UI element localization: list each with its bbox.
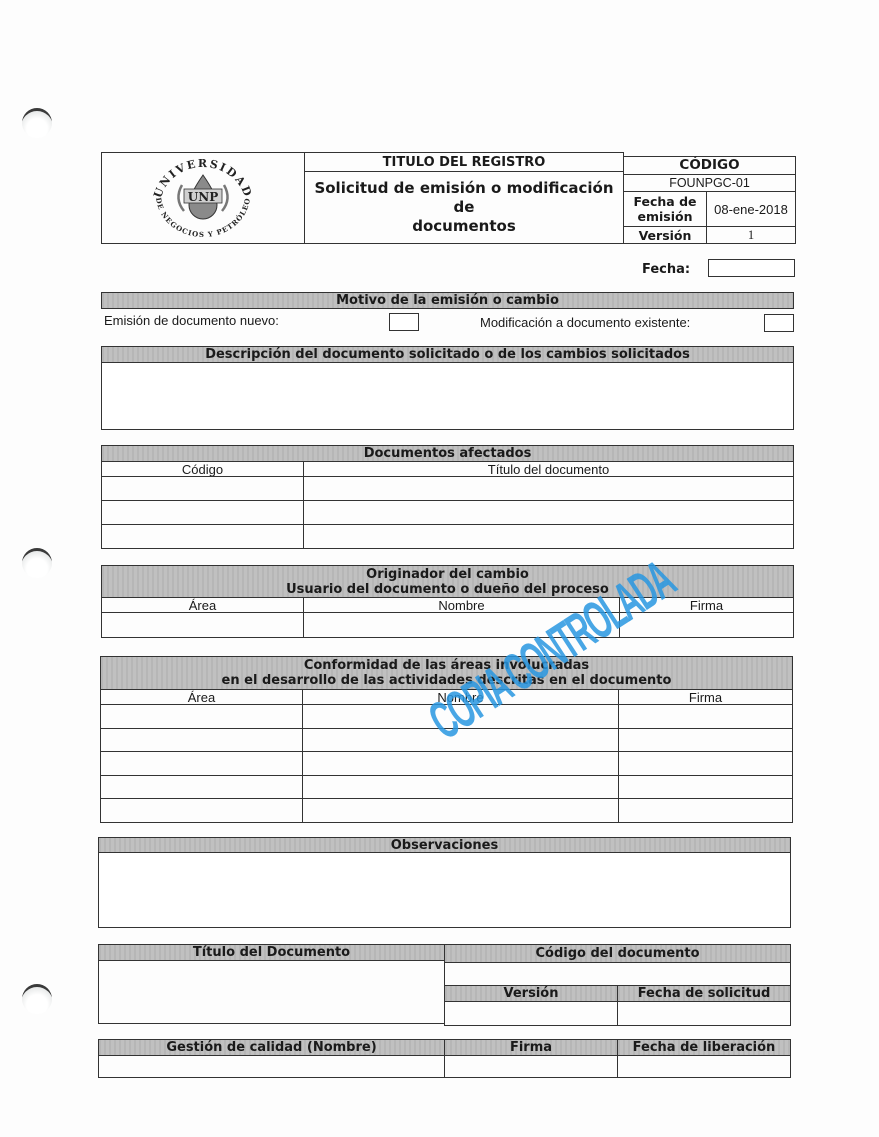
table-row[interactable] <box>100 704 303 729</box>
conformidad-table: Conformidad de las áreas involucradas en… <box>100 656 793 822</box>
fecha-emision-label-2: emisión <box>638 209 693 224</box>
descripcion-header: Descripción del documento solicitado o d… <box>101 346 794 363</box>
fecha-emision-label-1: Fecha de <box>633 194 696 209</box>
logo-cell: UNIVERSIDAD DE NEGOCIOS Y PETRÓLEO UNP <box>101 152 305 244</box>
fecha-input-field[interactable] <box>709 262 798 280</box>
originador-header: Originador del cambio Usuario del docume… <box>101 565 794 598</box>
documentos-afectados-table: Documentos afectados Código Título del d… <box>101 445 794 551</box>
fecha-liberacion-input[interactable] <box>617 1055 791 1078</box>
nuevo-label: Emisión de documento nuevo: <box>104 313 279 328</box>
table-row[interactable] <box>303 500 794 525</box>
originador-title-2: Usuario del documento o dueño del proces… <box>286 582 609 597</box>
documento-final-table: Título del Documento Código del document… <box>98 944 791 1026</box>
col-firma: Firma <box>619 597 794 613</box>
codigo-documento-input[interactable] <box>444 962 791 986</box>
firma-input[interactable] <box>444 1055 618 1078</box>
descripcion-input[interactable] <box>101 362 794 430</box>
originador-title-1: Originador del cambio <box>366 567 529 582</box>
table-row[interactable] <box>101 612 304 638</box>
table-row[interactable] <box>618 751 793 776</box>
table-row[interactable] <box>101 500 304 525</box>
header-block: UNIVERSIDAD DE NEGOCIOS Y PETRÓLEO UNP T… <box>101 152 796 244</box>
table-row[interactable] <box>618 775 793 800</box>
table-row[interactable] <box>303 524 794 549</box>
binder-hole-bottom <box>22 984 52 1014</box>
table-row[interactable] <box>618 728 793 753</box>
firma-label: Firma <box>444 1039 618 1056</box>
fecha-emision-label: Fecha de emisión <box>623 191 707 227</box>
table-row[interactable] <box>302 798 619 823</box>
nuevo-checkbox[interactable] <box>389 313 419 331</box>
fecha-label: Fecha: <box>642 262 690 277</box>
table-row[interactable] <box>302 751 619 776</box>
table-row[interactable] <box>100 775 303 800</box>
codigo-label: CÓDIGO <box>623 156 796 175</box>
version-label: Versión <box>623 226 707 244</box>
table-row[interactable] <box>101 476 304 501</box>
col-nombre: Nombre <box>302 689 619 705</box>
titulo-documento-input[interactable] <box>98 960 445 1024</box>
fecha-solicitud-label: Fecha de solicitud <box>617 985 791 1002</box>
binder-hole-middle <box>22 548 52 578</box>
registro-title-line1: Solicitud de emisión o modificación de <box>305 179 623 217</box>
col-titulo: Título del documento <box>303 461 794 477</box>
registro-title-line2: documentos <box>412 217 516 236</box>
col-area: Área <box>101 597 304 613</box>
svg-text:UNP: UNP <box>188 190 218 204</box>
codigo-value: FOUNPGC-01 <box>623 174 796 192</box>
university-seal-icon: UNIVERSIDAD DE NEGOCIOS Y PETRÓLEO UNP <box>138 155 268 241</box>
version-input[interactable] <box>444 1001 618 1026</box>
fecha-solicitud-input[interactable] <box>617 1001 791 1026</box>
table-row[interactable] <box>101 524 304 549</box>
observaciones-input[interactable] <box>98 852 791 928</box>
fecha-input[interactable] <box>708 259 795 277</box>
table-row[interactable] <box>100 728 303 753</box>
gestion-calidad-input[interactable] <box>98 1055 445 1078</box>
table-row[interactable] <box>303 612 620 638</box>
originador-table: Originador del cambio Usuario del docume… <box>101 565 794 640</box>
modificacion-label: Modificación a documento existente: <box>480 315 690 330</box>
binder-hole-top <box>22 108 52 138</box>
table-row[interactable] <box>619 612 794 638</box>
gestion-calidad-label: Gestión de calidad (Nombre) <box>98 1039 445 1056</box>
fecha-liberacion-label: Fecha de liberación <box>617 1039 791 1056</box>
registro-title-label: TITULO DEL REGISTRO <box>304 152 624 172</box>
version-value: 1 <box>706 226 796 244</box>
conformidad-title-2: en el desarrollo de las actividades desc… <box>222 673 672 688</box>
version-label: Versión <box>444 985 618 1002</box>
motivo-header: Motivo de la emisión o cambio <box>101 292 794 309</box>
fecha-emision-value: 08-ene-2018 <box>706 191 796 227</box>
codigo-documento-label: Código del documento <box>444 944 791 963</box>
registro-title: Solicitud de emisión o modificación de d… <box>304 171 624 244</box>
table-row[interactable] <box>302 704 619 729</box>
table-row[interactable] <box>302 728 619 753</box>
conformidad-header: Conformidad de las áreas involucradas en… <box>100 656 793 690</box>
table-row[interactable] <box>100 751 303 776</box>
table-row[interactable] <box>100 798 303 823</box>
modificacion-checkbox[interactable] <box>764 314 794 332</box>
liberacion-table: Gestión de calidad (Nombre) Firma Fecha … <box>98 1039 791 1079</box>
table-row[interactable] <box>302 775 619 800</box>
col-area: Área <box>100 689 303 705</box>
table-row[interactable] <box>618 798 793 823</box>
observaciones-header: Observaciones <box>98 837 791 853</box>
table-row[interactable] <box>303 476 794 501</box>
table-row[interactable] <box>618 704 793 729</box>
col-codigo: Código <box>101 461 304 477</box>
col-nombre: Nombre <box>303 597 620 613</box>
documentos-afectados-header: Documentos afectados <box>101 445 794 462</box>
conformidad-title-1: Conformidad de las áreas involucradas <box>304 658 589 673</box>
col-firma: Firma <box>618 689 793 705</box>
titulo-documento-label: Título del Documento <box>98 944 445 961</box>
